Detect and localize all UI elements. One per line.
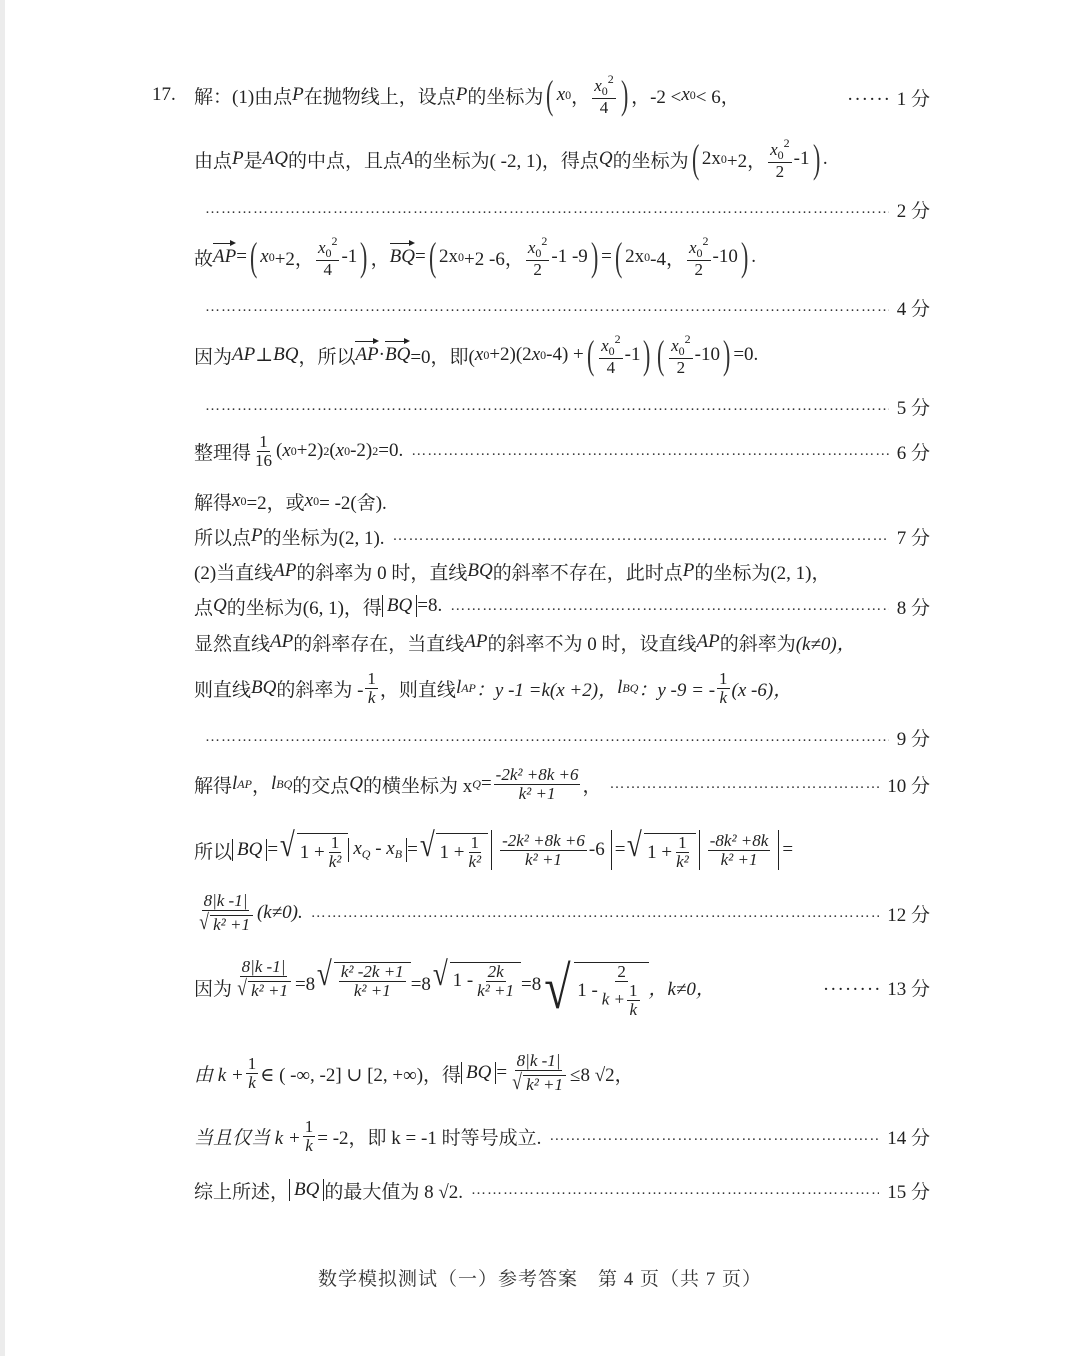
solution-line-8: (2)当直线 AP 的斜率为 0 时，直线 BQ 的斜率不存在，此时点 P 的坐…: [194, 557, 930, 585]
score-1: ······ 1 分: [847, 84, 930, 111]
solution-line-7: 所以点 P 的坐标为(2, 1). 7 分: [194, 522, 930, 550]
solution-line-17: 综上所述，BQ的最大值为 8 √2. 15 分: [194, 1176, 930, 1204]
solution-line-16: 当且仅当 k + 1k = -2，即 k = -1 时等号成立. 14 分: [194, 1112, 930, 1160]
score-13: ········ 13 分: [823, 974, 930, 1001]
solution-line-11: 则直线 BQ 的斜率为 - 1k ，则直线 lAP：y -1 =k(x +2)，…: [194, 662, 930, 714]
score-line-5: 5 分: [205, 393, 930, 420]
score-line-9: 9 分: [205, 724, 930, 751]
page-footer: 数学模拟测试（一）参考答案 第 4 页（共 7 页）: [0, 1264, 1080, 1291]
fraction: x024: [592, 73, 616, 116]
solution-line-6: 解得 x0 =2，或 x0 = -2(舍).: [194, 487, 930, 515]
solution-line-3: 故AP = (x0 +2， x024 -1)， BQ = (2x0 +2 -6，…: [194, 230, 930, 284]
score-line-2: 2 分: [205, 196, 930, 223]
question-number: 17.: [152, 84, 176, 106]
score-line-4: 4 分: [205, 294, 930, 321]
solution-line-10: 显然直线 AP 的斜率存在，当直线 AP 的斜率不为 0 时，设直线 AP 的斜…: [194, 628, 930, 656]
solution-line-15: 由 k + 1k ∈ ( -∞, -2] ∪ [2, +∞)，得 BQ = 8|…: [194, 1046, 930, 1100]
solution-line-2: 由点 P 是 AQ 的中点，且点 A 的坐标为( -2, 1)，得点 Q 的坐标…: [194, 132, 930, 186]
solution-line-9: 点 Q 的坐标为(6, 1)，得 BQ =8. 8 分: [194, 592, 930, 620]
solution-line-4: 因为 AP ⊥ BQ，所以AP · BQ =0，即(x0 +2)(2x0 -4)…: [194, 328, 930, 382]
solution-line-12: 解得 lAP，lBQ 的交点 Q 的横坐标为 xQ = -2k² +8k +6k…: [194, 758, 930, 810]
solution-line-14: 因为 8|k -1|√k² +1 =8 √k² -2k +1k² +1 =8 √…: [194, 958, 930, 1034]
solution-line-13b: 8|k -1|√k² +1 (k≠0). 12 分: [194, 886, 930, 940]
page-left-edge: [0, 0, 5, 1356]
solution-line-5: 整理得 116 (x0 +2)2 (x0 -2)2 =0. 6 分: [194, 428, 930, 474]
solution-line-1: 解：(1)由点 P 在抛物线上，设点 P 的坐标为 ( x0， x024 ) ，…: [194, 68, 930, 122]
solution-line-13: 所以BQ = √1 +1k² xQ - xB = √1 +1k² -2k² +8…: [194, 822, 930, 878]
